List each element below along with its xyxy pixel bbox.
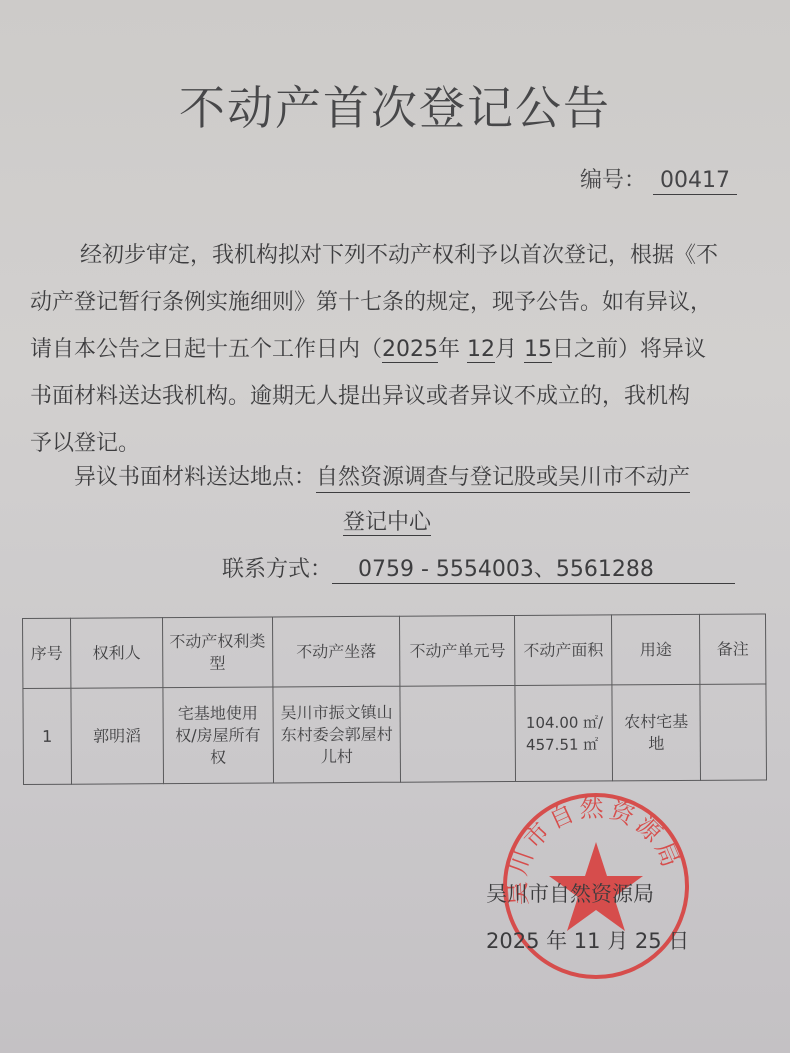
body-line-3: 书面材料送达我机构。逾期无人提出异议或者异议不成立的，我机构 [30,373,752,420]
objection-address-value: 自然资源调查与登记股或吴川市不动产 [316,465,690,493]
col-index: 序号 [23,618,71,688]
serial-label: 编号： [580,168,646,193]
body-line-4: 予以登记。 [30,420,752,467]
announcement-body: 经初步审定，我机构拟对下列不动产权利予以首次登记，根据《不 动产登记暂行条例实施… [30,232,752,467]
deadline-line: 请自本公告之日起十五个工作日内（2025年 12月 15日之前）将异议 [30,326,752,373]
col-remarks: 备注 [700,614,766,684]
contact-label: 联系方式： [222,557,332,582]
registration-table: 序号 权利人 不动产权利类型 不动产坐落 不动产单元号 不动产面积 用途 备注 … [22,613,767,785]
objection-address-label: 异议书面材料送达地点： [74,465,316,490]
cell-usage: 农村宅基地 [612,684,700,781]
cell-unit-no [400,685,515,782]
issuer-name: 吴川市自然资源局 [486,878,654,908]
announcement-page: 不动产首次登记公告 编号： 00417 经初步审定，我机构拟对下列不动产权利予以… [0,0,790,1053]
issue-date: 2025 年 11 月 25 日 [486,925,689,955]
cell-right-type: 宅基地使用权/房屋所有权 [163,687,273,784]
table-header-row: 序号 权利人 不动产权利类型 不动产坐落 不动产单元号 不动产面积 用途 备注 [23,614,766,689]
col-area: 不动产面积 [515,615,612,686]
objection-address: 异议书面材料送达地点：自然资源调查与登记股或吴川市不动产 [74,465,690,491]
deadline-month: 12 [467,337,495,363]
cell-holder: 郭明滔 [71,688,163,785]
page-title: 不动产首次登记公告 [0,72,790,138]
col-usage: 用途 [612,614,700,685]
col-location: 不动产坐落 [272,616,400,687]
table-row: 1 郭明滔 宅基地使用权/房屋所有权 吴川市振文镇山东村委会郭屋村儿村 104.… [23,684,767,785]
cell-index: 1 [23,688,72,784]
cell-location: 吴川市振文镇山东村委会郭屋村儿村 [273,686,401,783]
cell-remarks [700,684,767,780]
contact-value: 0759 - 5554003、5561288 [332,557,735,584]
col-holder: 权利人 [70,618,162,689]
serial-number: 编号： 00417 [580,163,737,195]
contact-info: 联系方式：0759 - 5554003、5561288 [222,557,735,584]
body-line-1: 经初步审定，我机构拟对下列不动产权利予以首次登记，根据《不 [30,232,752,279]
cell-area: 104.00 ㎡/ 457.51 ㎡ [515,685,613,782]
col-right-type: 不动产权利类型 [162,617,272,688]
deadline-day: 15 [524,337,552,363]
col-unit-no: 不动产单元号 [400,615,515,686]
serial-value: 00417 [653,168,737,195]
objection-address-cont: 登记中心 [343,510,431,536]
body-line-2: 动产登记暂行条例实施细则》第十七条的规定，现予公告。如有异议， [30,279,752,326]
deadline-year: 2025 [382,337,438,363]
